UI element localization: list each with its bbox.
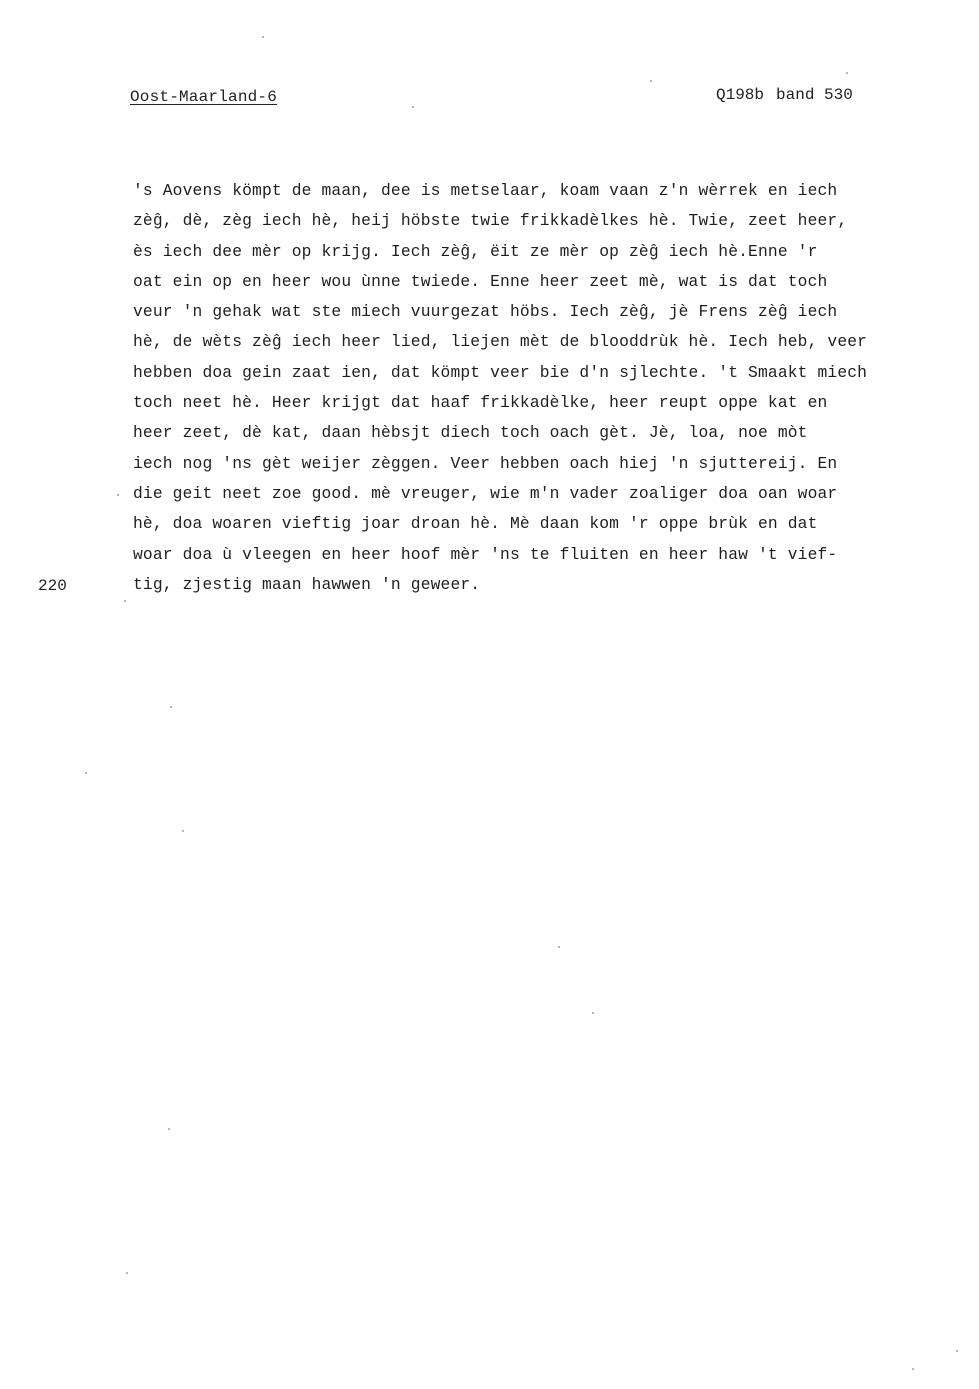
body-line: hebben doa gein zaat ien, dat kömpt veer… [133,358,933,388]
scan-speck [168,1128,170,1130]
document-reference: Q198bband 530 [716,86,853,104]
scan-speck [912,1368,914,1370]
reference-code: Q198b [716,86,764,104]
body-line: ès iech dee mèr op krijg. Iech zèĝ, ëit … [133,237,933,267]
body-line: zèĝ, dè, zèg iech hè, heij höbste twie f… [133,206,933,236]
scan-speck [170,706,172,708]
body-line: hè, doa woaren vieftig joar droan hè. Mè… [133,509,933,539]
reference-band: band 530 [776,86,853,104]
scan-speck [124,600,126,602]
body-line: tig, zjestig maan hawwen 'n geweer. [133,570,933,600]
scan-speck [117,494,119,496]
scan-speck [126,1272,128,1274]
body-line: oat ein op en heer wou ùnne twiede. Enne… [133,267,933,297]
transcript-body: 's Aovens kömpt de maan, dee is metselaa… [133,176,933,600]
document-title: Oost-Maarland-6 [130,88,277,106]
scan-speck [650,80,652,82]
scan-speck [956,1350,958,1352]
scan-speck [558,946,560,948]
body-line: woar doa ù vleegen en heer hoof mèr 'ns … [133,540,933,570]
scan-speck [592,1012,594,1014]
body-line: veur 'n gehak wat ste miech vuurgezat hö… [133,297,933,327]
body-line: hè, de wèts zèĝ iech heer lied, liejen m… [133,327,933,357]
scan-speck [262,36,264,38]
body-line: die geit neet zoe good. mè vreuger, wie … [133,479,933,509]
document-page: Oost-Maarland-6 Q198bband 530 's Aovens … [0,0,979,1389]
body-line: 's Aovens kömpt de maan, dee is metselaa… [133,176,933,206]
body-line: iech nog 'ns gèt weijer zèggen. Veer heb… [133,449,933,479]
body-line: toch neet hè. Heer krijgt dat haaf frikk… [133,388,933,418]
scan-speck [412,106,414,108]
scan-speck [85,772,87,774]
body-line: heer zeet, dè kat, daan hèbsjt diech toc… [133,418,933,448]
scan-speck [182,830,184,832]
margin-line-number: 220 [38,577,67,595]
scan-speck [846,72,848,74]
